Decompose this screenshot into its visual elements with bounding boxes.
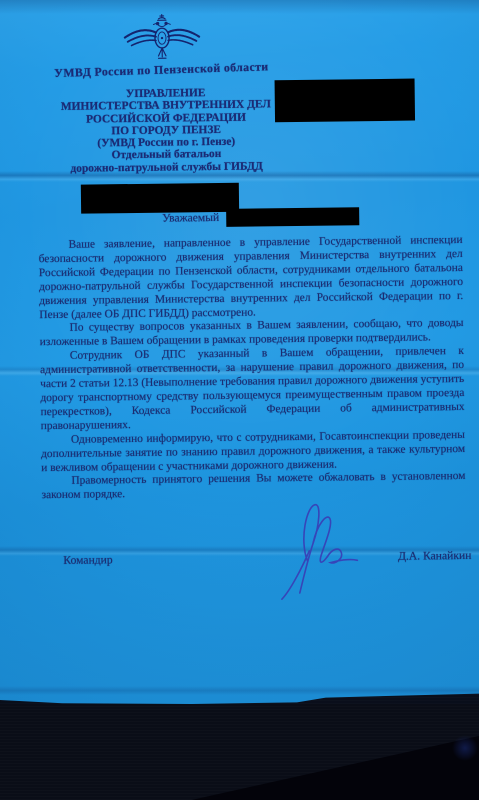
salutation: Уважаемый [162, 211, 219, 225]
signer-title: Командир [63, 553, 112, 567]
issuing-authority-stamp: УМВД России по Пензенской области [35, 59, 287, 82]
table-glint [452, 735, 478, 761]
redaction-box-recipient [275, 79, 416, 123]
signature-block: Командир Д.А. Канайкин [63, 549, 471, 567]
mvd-eagle-emblem-icon [118, 13, 207, 61]
paragraph: Ваше заявление, направленное в управлени… [38, 234, 463, 323]
letter-body: Ваше заявление, направленное в управлени… [38, 234, 465, 503]
letterhead-line: дорожно-патрульной службы ГИБДД [35, 160, 299, 176]
letter-content: УМВД России по Пензенской области УПРАВЛ… [0, 0, 479, 707]
paragraph: Сотрудник ОБ ДПС указанный в Вашем обращ… [40, 345, 465, 434]
paragraph: Правомерность принятого решения Вы может… [41, 470, 465, 503]
letterhead: УПРАВЛЕНИЕ МИНИСТЕРСТВА ВНУТРЕННИХ ДЕЛ Р… [34, 86, 299, 175]
redaction-box-name [226, 207, 359, 227]
letter-photo: УМВД России по Пензенской области УПРАВЛ… [0, 0, 479, 800]
paragraph: Одновременно информирую, что с сотрудник… [41, 429, 465, 476]
redaction-box-address [81, 183, 239, 214]
signer-name: Д.А. Канайкин [398, 549, 471, 563]
